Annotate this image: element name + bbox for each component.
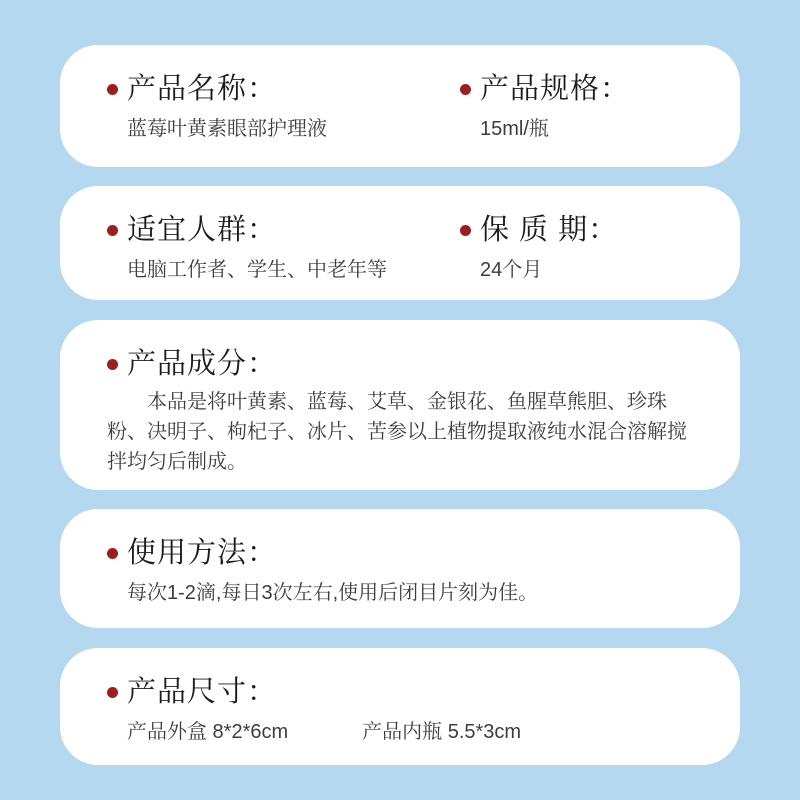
bullet-dot-icon (107, 84, 118, 95)
card-name-and-spec: 产品名称： 蓝莓叶黄素眼部护理液 产品规格： 15ml/瓶 (60, 45, 740, 167)
ingredients-heading-row: 产品成分： (107, 346, 692, 382)
suitable-people-value: 电脑工作者、学生、中老年等 (127, 255, 460, 285)
bullet-dot-icon (107, 225, 118, 236)
bullet-dot-icon (460, 225, 471, 236)
bullet-dot-icon (107, 359, 118, 370)
shelf-life-block: 保 质 期： 24个月 (460, 212, 692, 300)
dimensions-heading: 产品尺寸： (127, 674, 277, 710)
dimensions-heading-row: 产品尺寸： (107, 674, 692, 710)
product-name-value: 蓝莓叶黄素眼部护理液 (127, 114, 460, 144)
product-spec-heading: 产品规格： (480, 71, 630, 107)
bullet-dot-icon (107, 687, 118, 698)
outer-box-dimension: 产品外盒 8*2*6cm (127, 717, 288, 747)
shelf-life-heading: 保 质 期： (480, 212, 618, 248)
bullet-dot-icon (460, 84, 471, 95)
product-spec-value: 15ml/瓶 (480, 114, 692, 144)
card-ingredients: 产品成分： 本品是将叶黄素、蓝莓、艾草、金银花、鱼腥草熊胆、珍珠粉、决明子、枸杞… (60, 320, 740, 490)
product-spec-block: 产品规格： 15ml/瓶 (460, 71, 692, 167)
suitable-people-heading: 适宜人群： (127, 212, 277, 248)
product-spec-heading-row: 产品规格： (460, 71, 692, 107)
shelf-life-value: 24个月 (480, 255, 692, 285)
shelf-life-heading-row: 保 质 期： (460, 212, 692, 248)
usage-value: 每次1-2滴,每日3次左右,使用后闭目片刻为佳。 (127, 578, 692, 608)
suitable-people-block: 适宜人群： 电脑工作者、学生、中老年等 (107, 212, 460, 300)
card-usage: 使用方法： 每次1-2滴,每日3次左右,使用后闭目片刻为佳。 (60, 509, 740, 628)
card-people-and-shelf-life: 适宜人群： 电脑工作者、学生、中老年等 保 质 期： 24个月 (60, 186, 740, 300)
ingredients-heading: 产品成分： (127, 346, 277, 382)
product-name-heading-row: 产品名称： (107, 71, 460, 107)
card-dimensions: 产品尺寸： 产品外盒 8*2*6cm 产品内瓶 5.5*3cm (60, 648, 740, 765)
ingredients-value: 本品是将叶黄素、蓝莓、艾草、金银花、鱼腥草熊胆、珍珠粉、决明子、枸杞子、冰片、苦… (107, 387, 692, 477)
dimensions-values-row: 产品外盒 8*2*6cm 产品内瓶 5.5*3cm (127, 717, 692, 747)
ingredients-body-wrap: 本品是将叶黄素、蓝莓、艾草、金银花、鱼腥草熊胆、珍珠粉、决明子、枸杞子、冰片、苦… (107, 387, 692, 477)
product-name-block: 产品名称： 蓝莓叶黄素眼部护理液 (107, 71, 460, 167)
inner-bottle-dimension: 产品内瓶 5.5*3cm (362, 717, 521, 747)
bullet-dot-icon (107, 548, 118, 559)
product-name-heading: 产品名称： (127, 71, 277, 107)
suitable-people-heading-row: 适宜人群： (107, 212, 460, 248)
usage-heading-row: 使用方法： (107, 535, 692, 571)
usage-heading: 使用方法： (127, 535, 277, 571)
